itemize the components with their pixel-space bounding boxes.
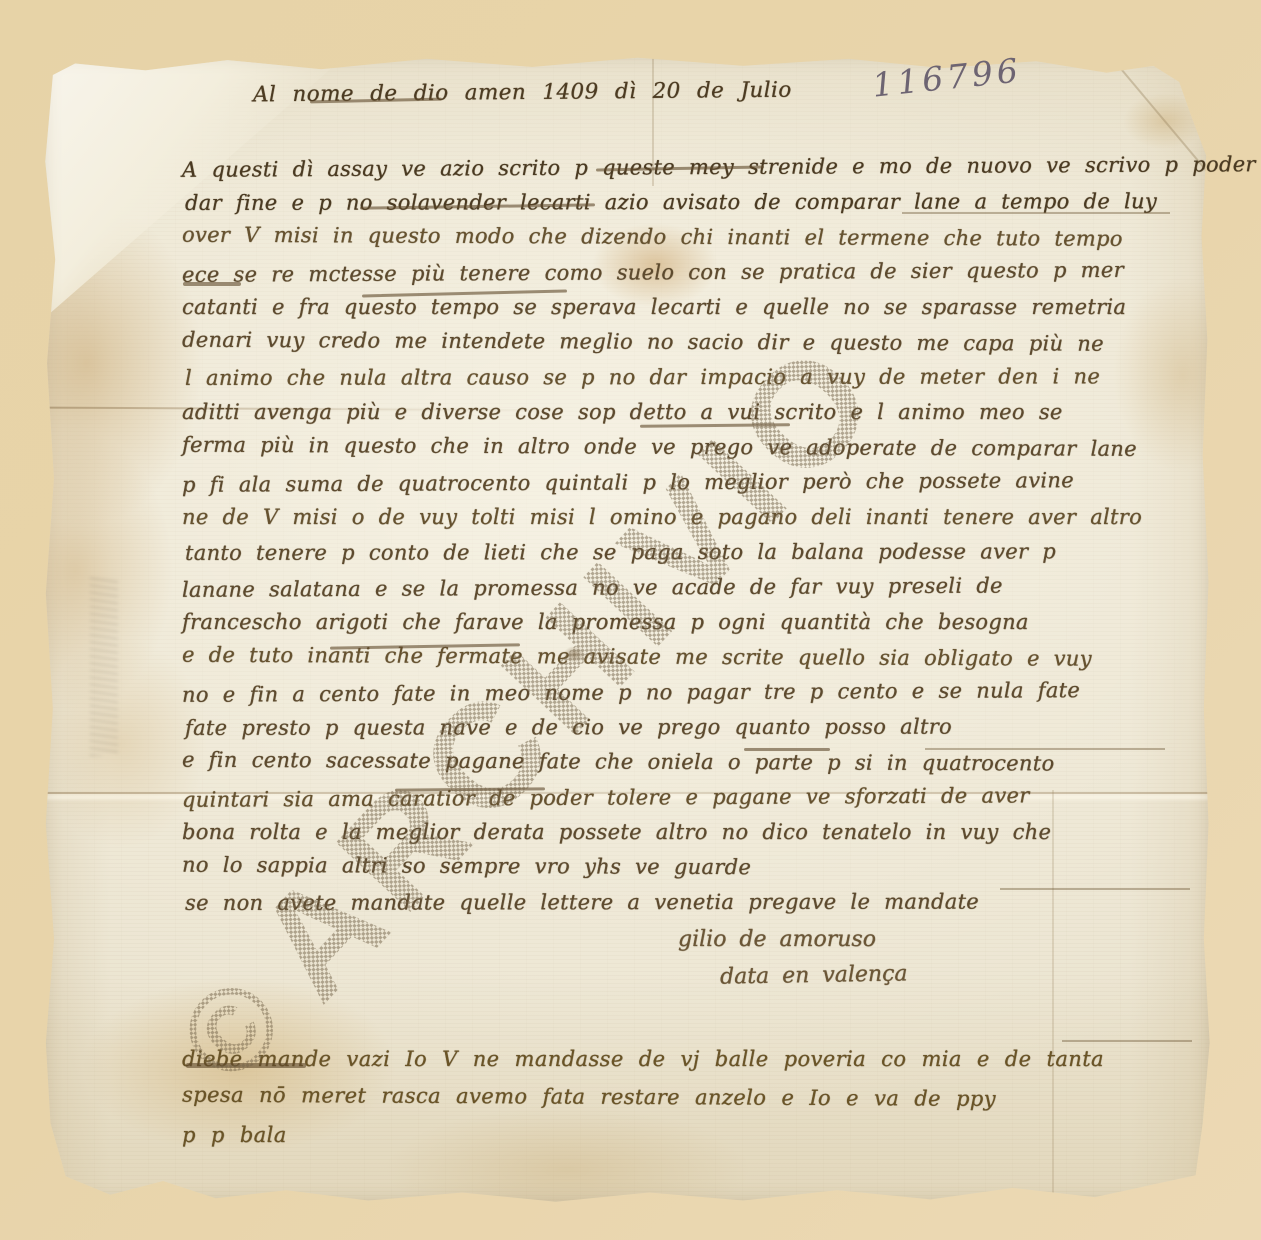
manuscript-line: ferma più in questo che in altro onde ve… [182,428,1256,468]
manuscript-line: dar fine e p no solavender lecarti azio … [185,184,1259,221]
manuscript-line: no e fin a cento fate in meo nome p no p… [182,672,1256,713]
manuscript-line: lanane salatana e se la promessa no ve a… [182,567,1256,608]
postscript-line: spesa nō meret rasca avemo fata restare … [182,1076,1104,1119]
manuscript-line: p fi ala suma de quatrocento quintali p … [182,462,1256,503]
line-filler-stroke [1000,888,1190,890]
manuscript-line: ne de V misi o de vuy tolti misi l omino… [182,500,1256,535]
signature-line: gilio de amoruso [678,922,908,958]
line-filler-stroke [902,212,1170,214]
manuscript-line: ece se re mctesse più tenere como suelo … [182,252,1256,293]
manuscript-line: bona rolta e la meglior derata possete a… [182,815,1256,850]
manuscript-line: francescho arigoti che farave la promess… [182,605,1256,640]
line-filler-stroke [925,748,1165,750]
letter-body: A questi dì assay ve azio scrito p quest… [182,150,1256,920]
ink-show-through [90,576,118,756]
manuscript-line: denari vuy credo me intendete meglio no … [182,323,1256,363]
line-filler-stroke [1062,1040,1192,1042]
postscript-block: diebe mande vazi Io V ne mandasse de vj … [182,1040,1104,1154]
postscript-line: p p bala [182,1116,1104,1154]
ink-stroke [183,282,241,286]
manuscript-line: tanto tenere p conto de lieti che se pag… [185,534,1259,571]
heading-date-line: Al nome de dio amen 1409 dì 20 de Julio [253,78,792,108]
postscript-line: diebe mande vazi Io V ne mandasse de vj … [182,1040,1104,1078]
manuscript-line: over V misi in questo modo che dizendo c… [182,218,1256,258]
ink-stroke [186,1063,306,1068]
manuscript-line: quintari sia ama caratior de poder toler… [182,777,1256,818]
signature-block: gilio de amoruso data en valença [678,922,908,994]
manuscript-line: fate presto p questa nave e de cio ve pr… [185,709,1259,746]
signature-place-line: data en valença [720,956,908,995]
manuscript-line: catanti e fra questo tempo se sperava le… [182,290,1256,325]
ink-stroke [744,748,830,751]
manuscript-line: no lo sappia altri so sempre vro yhs ve … [182,848,1256,888]
manuscript-line: e de tuto inanti che fermate me avisate … [182,638,1256,678]
manuscript-line: l animo che nula altra causo se p no dar… [185,359,1259,396]
manuscript-line: se non avete mandate quelle lettere a ve… [185,884,1259,921]
photo-backdrop: Al nome de dio amen 1409 dì 20 de Julio … [0,0,1261,1240]
